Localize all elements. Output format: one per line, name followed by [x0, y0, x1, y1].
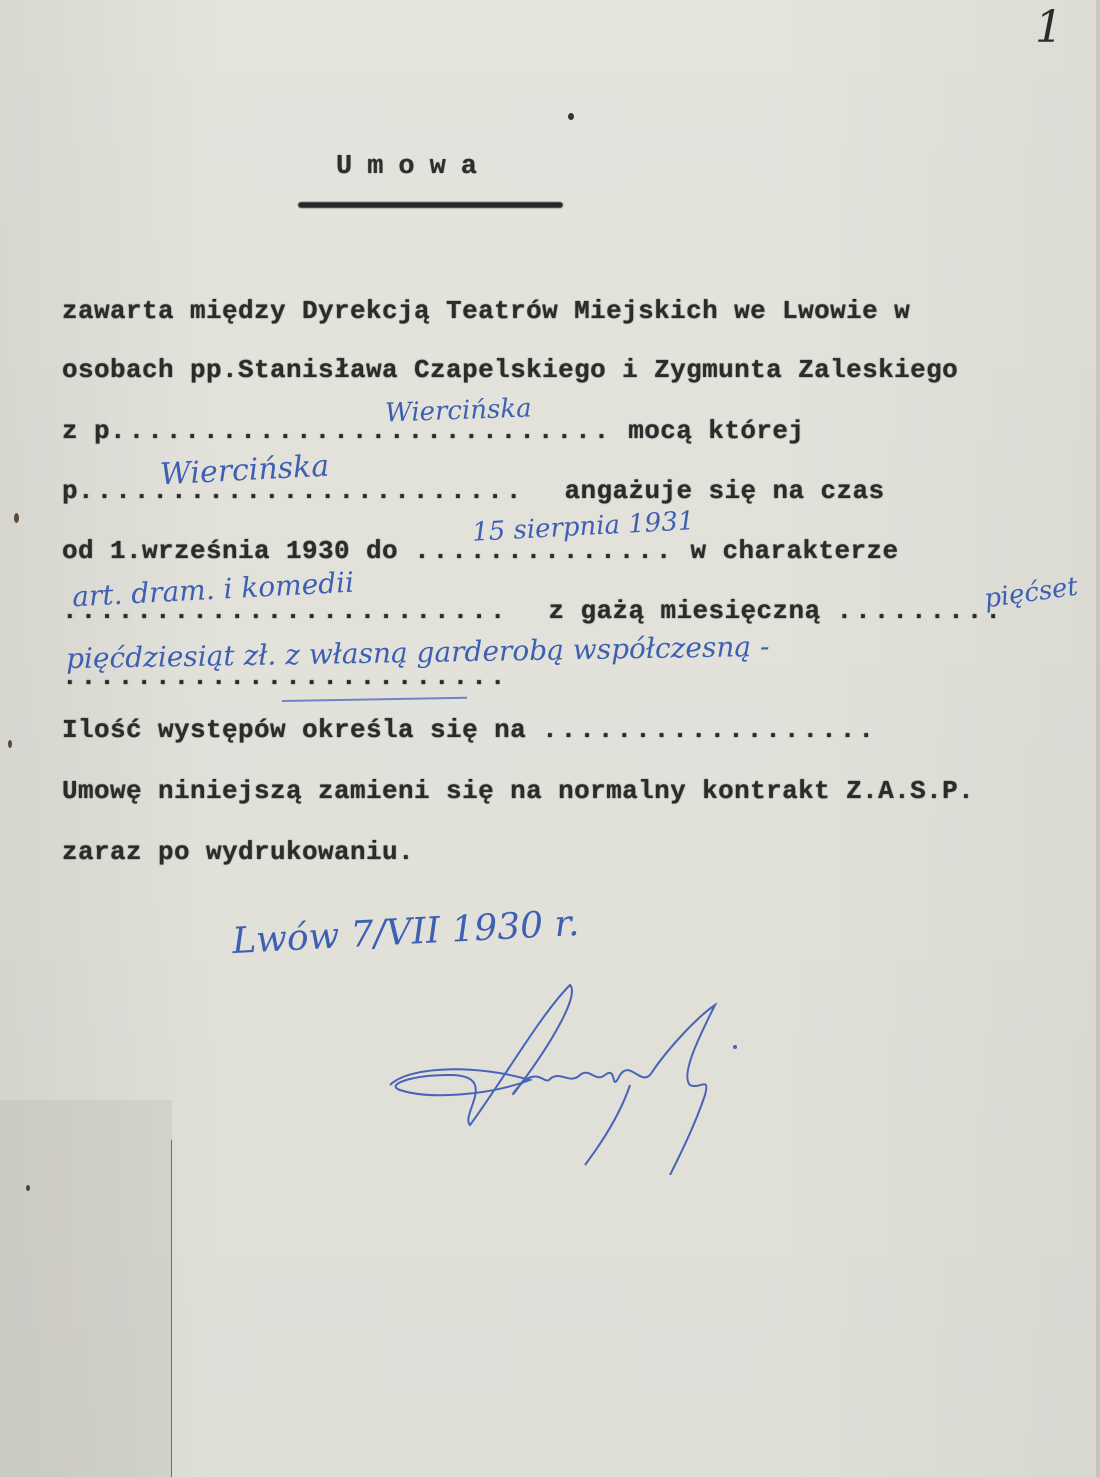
fill-in-dots: .................. [542, 715, 877, 745]
page-number: 1 [1035, 2, 1063, 53]
handwritten-salary-1: pięćset [982, 572, 1079, 615]
rust-speck [8, 740, 12, 748]
document-title: Umowa [336, 152, 492, 182]
paper-edge [1096, 0, 1100, 1477]
signature-stroke-icon [370, 975, 770, 1175]
line3-prefix: z p [62, 416, 110, 446]
line5-prefix: od 1.września 1930 do [62, 536, 414, 566]
typed-line-1: zawarta między Dyrekcją Teatrów Miejskic… [62, 296, 910, 326]
line3-suffix: mocą której [612, 416, 804, 446]
fill-in-dots: ........................... [110, 416, 612, 446]
fill-in-dots: ......... [837, 596, 1004, 626]
ink-speck [26, 1185, 30, 1191]
ink-speck [568, 113, 574, 120]
line4-prefix: p [62, 476, 78, 506]
typed-line-10: zaraz po wydrukowaniu. [62, 837, 414, 867]
typed-line-2: osobach pp.Stanisława Czapelskiego i Zyg… [62, 355, 958, 385]
handwritten-salary-2: pięćdziesiąt zł. z własną garderobą wspó… [66, 630, 770, 675]
line8-prefix: Ilość występów określa się na [62, 715, 542, 745]
title-underline [298, 202, 563, 208]
paper-fold-line [171, 1140, 172, 1477]
handwritten-underline [282, 697, 467, 702]
rust-speck [14, 513, 19, 523]
line4-suffix: angażuje się na czas [548, 476, 884, 506]
line5-suffix: w charakterze [675, 536, 899, 566]
line6-middle: z gażą miesięczną [532, 596, 836, 626]
handwritten-name-1: Wiercińska [385, 393, 533, 428]
handwritten-place-date: Lwów 7/VII 1930 r. [231, 903, 580, 962]
typed-line-9: Umowę niniejszą zamieni się na normalny … [62, 776, 974, 806]
signature [370, 975, 770, 1175]
typed-line-8: Ilość występów określa się na ..........… [62, 715, 877, 745]
paper-fold-strip [0, 1100, 172, 1477]
